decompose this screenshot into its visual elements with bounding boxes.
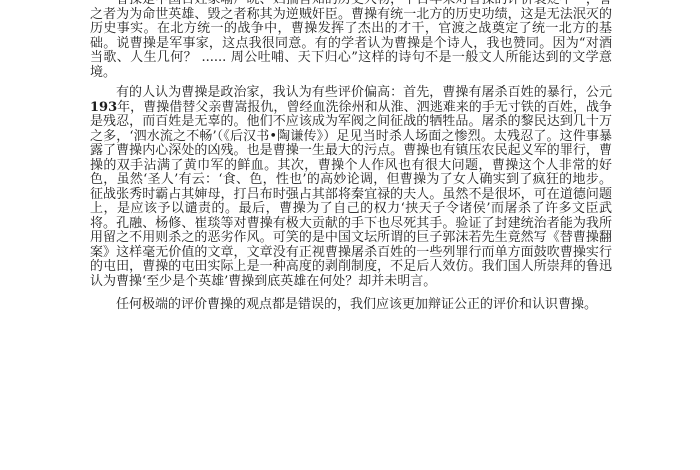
paragraph-critique-before-year: 有的人认为曹操是政治家，我认为有些评价偏高：首先，曹操有屠杀百姓的暴行，公元 (116, 85, 612, 100)
year-193-bold: 193 (90, 100, 117, 115)
essay-text-block: 曹操是中国百姓家喻户晓、妇孺皆知的历史人物，千百年来对曹操的评价褒贬不一，誉之者… (90, 0, 612, 313)
document-page: 曹操是中国百姓家喻户晓、妇孺皆知的历史人物，千百年来对曹操的评价褒贬不一，誉之者… (0, 0, 700, 470)
paragraph-critique: 有的人认为曹操是政治家，我认为有些评价偏高：首先，曹操有屠杀百姓的暴行，公元19… (90, 86, 612, 289)
paragraph-critique-after-year: 年，曹操借替父亲曹嵩报仇，曾经血洗徐州和从淮、泗逃难来的手无寸铁的百姓，战争是残… (90, 100, 612, 289)
paragraph-intro: 曹操是中国百姓家喻户晓、妇孺皆知的历史人物，千百年来对曹操的评价褒贬不一，誉之者… (90, 0, 612, 80)
paragraph-conclusion: 任何极端的评价曹操的观点都是错误的，我们应该更加辩证公正的评价和认识曹操。 (90, 298, 612, 313)
